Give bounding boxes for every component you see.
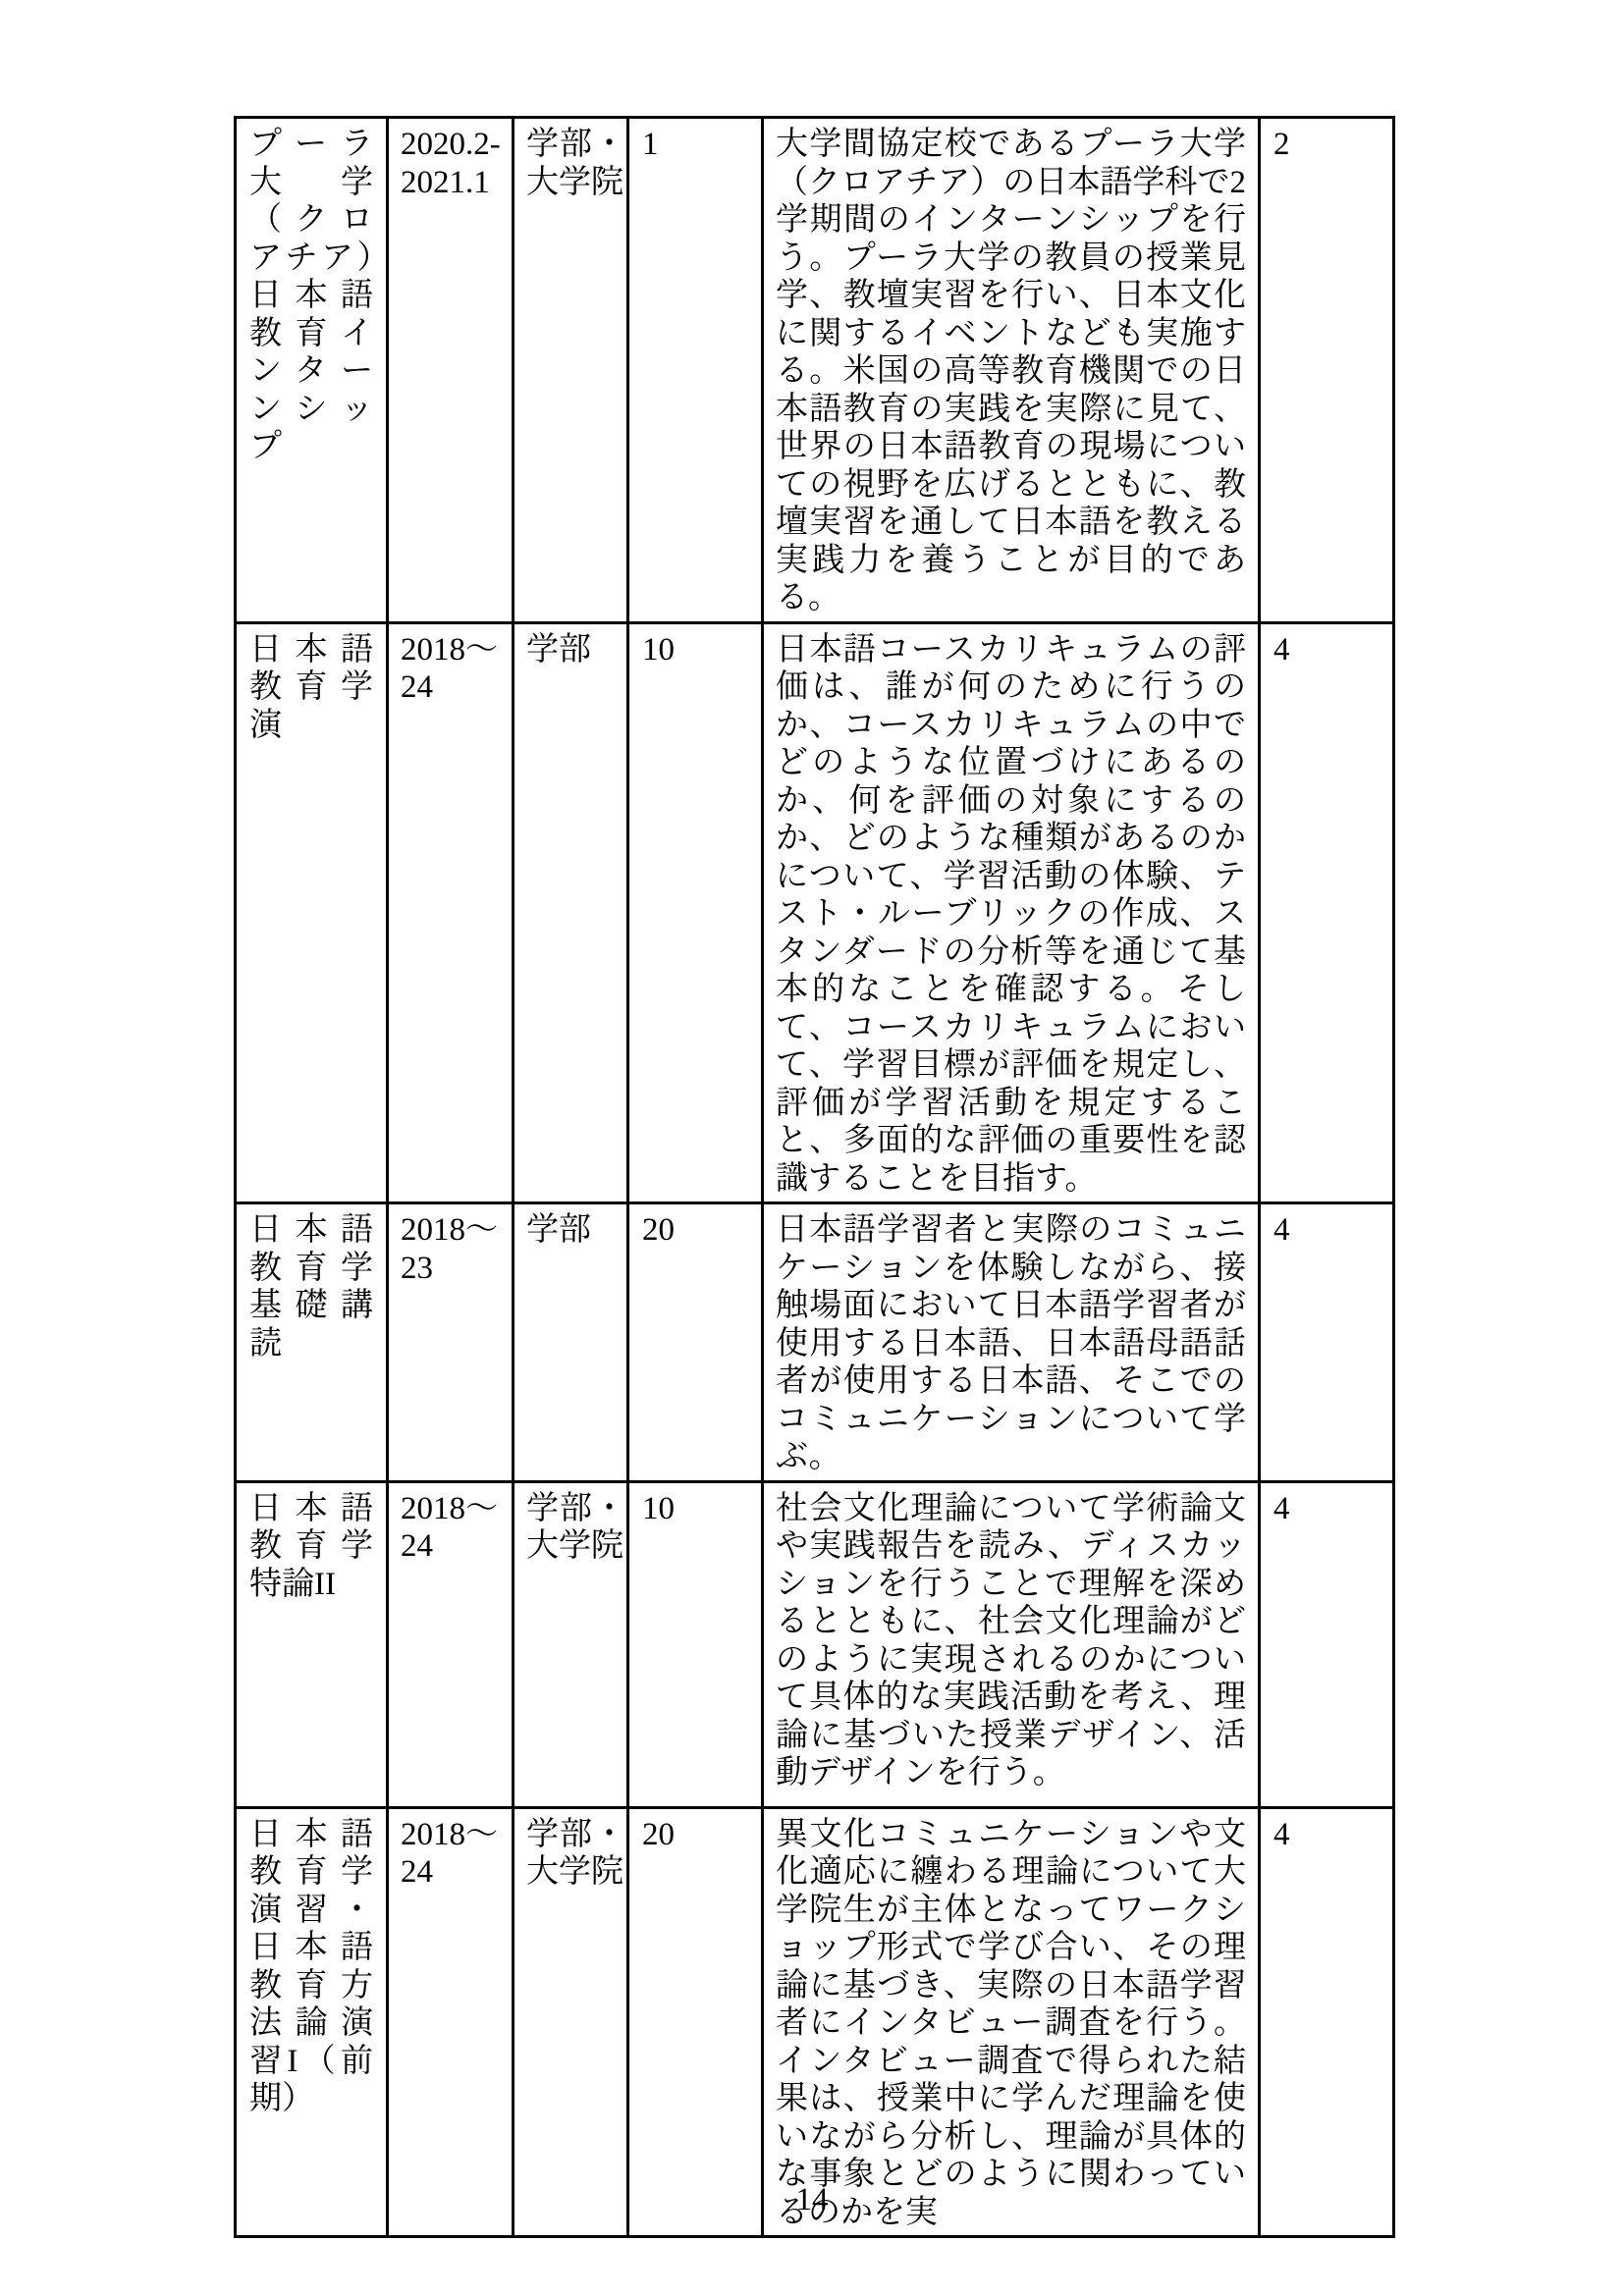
term-cell: 2018～24 — [388, 1807, 514, 2237]
term-cell: 2020.2-2021.1 — [388, 118, 514, 623]
enrollment-cell: 20 — [628, 1203, 763, 1482]
course-table: プーラ大学（クロアチア）日本語教育インターンシップ 2020.2-2021.1 … — [234, 116, 1395, 2238]
course-name-cell: 日本語教育学基礎講読 — [236, 1203, 388, 1482]
course-name-cell: 日本語教育学特論II — [236, 1481, 388, 1807]
document-page: プーラ大学（クロアチア）日本語教育インターンシップ 2020.2-2021.1 … — [0, 0, 1624, 2296]
enrollment-cell: 10 — [628, 1481, 763, 1807]
course-name-cell: 日本語教育学演習・日本語教育方法論演習I（前期） — [236, 1807, 388, 2237]
table-row: プーラ大学（クロアチア）日本語教育インターンシップ 2020.2-2021.1 … — [236, 118, 1394, 623]
term-cell: 2018～23 — [388, 1203, 514, 1482]
description-cell: 日本語コースカリキュラムの評価は、誰が何のために行うのか、コースカリキュラムの中… — [763, 622, 1260, 1203]
level-cell: 学部 — [514, 1203, 628, 1482]
table-row: 日本語教育学特論II 2018～24 学部・大学院 10 社会文化理論について学… — [236, 1481, 1394, 1807]
table-row: 日本語教育学演習・日本語教育方法論演習I（前期） 2018～24 学部・大学院 … — [236, 1807, 1394, 2237]
level-cell: 学部・大学院 — [514, 1807, 628, 2237]
level-cell: 学部・大学院 — [514, 118, 628, 623]
credit-cell: 4 — [1260, 1807, 1394, 2237]
enrollment-cell: 20 — [628, 1807, 763, 2237]
course-name-cell: 日本語教育学演 — [236, 622, 388, 1203]
table-row: 日本語教育学演 2018～24 学部 10 日本語コースカリキュラムの評価は、誰… — [236, 622, 1394, 1203]
table-row: 日本語教育学基礎講読 2018～23 学部 20 日本語学習者と実際のコミュニケ… — [236, 1203, 1394, 1482]
term-cell: 2018～24 — [388, 622, 514, 1203]
credit-cell: 4 — [1260, 1481, 1394, 1807]
level-cell: 学部 — [514, 622, 628, 1203]
term-cell: 2018～24 — [388, 1481, 514, 1807]
credit-cell: 4 — [1260, 622, 1394, 1203]
description-cell: 社会文化理論について学術論文や実践報告を読み、ディスカッションを行うことで理解を… — [763, 1481, 1260, 1807]
enrollment-cell: 1 — [628, 118, 763, 623]
description-cell: 大学間協定校であるプーラ大学（クロアチア）の日本語学科で2学期間のインターンシッ… — [763, 118, 1260, 623]
level-cell: 学部・大学院 — [514, 1481, 628, 1807]
page-number: 14 — [0, 2181, 1624, 2218]
course-name-cell: プーラ大学（クロアチア）日本語教育インターンシップ — [236, 118, 388, 623]
enrollment-cell: 10 — [628, 622, 763, 1203]
description-cell: 異文化コミュニケーションや文化適応に纏わる理論について大学院生が主体となってワー… — [763, 1807, 1260, 2237]
credit-cell: 2 — [1260, 118, 1394, 623]
credit-cell: 4 — [1260, 1203, 1394, 1482]
description-cell: 日本語学習者と実際のコミュニケーションを体験しながら、接触場面において日本語学習… — [763, 1203, 1260, 1482]
